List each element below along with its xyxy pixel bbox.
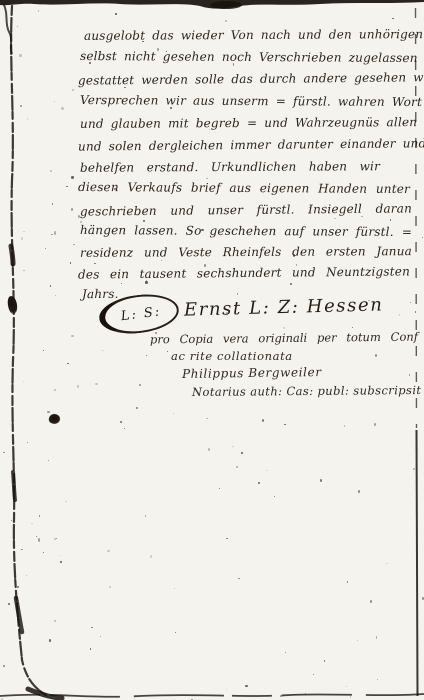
scan-noise-speck (118, 103, 119, 104)
scan-noise-speck (346, 686, 347, 687)
scan-noise-speck (77, 385, 79, 388)
scan-noise-speck (390, 219, 392, 221)
attestation-line: pro Copia vera originali per totum Conf (150, 330, 418, 347)
scan-noise-speck (361, 216, 363, 217)
scan-noise-speck (54, 620, 56, 622)
manuscript-line: Versprechen wir aus unserm = fürstl. wah… (80, 93, 412, 110)
scan-noise-speck (80, 221, 81, 222)
scan-noise-speck (31, 523, 33, 525)
scan-noise-speck (399, 314, 401, 316)
scan-noise-speck (290, 283, 292, 285)
scan-noise-speck (377, 679, 379, 680)
scan-noise-speck (344, 425, 345, 427)
scan-noise-speck (54, 231, 56, 234)
scan-noise-speck (66, 186, 68, 188)
scan-noise-speck (150, 555, 152, 558)
scan-noise-speck (36, 536, 37, 537)
scan-noise-speck (173, 413, 174, 414)
scan-noise-speck (237, 293, 238, 294)
scan-noise-speck (100, 636, 101, 637)
scan-noise-speck (206, 178, 207, 179)
scan-noise-speck (91, 627, 93, 628)
scan-noise-speck (59, 555, 60, 556)
scan-noise-speck (71, 208, 73, 211)
manuscript-line: hängen lassen. So geschehen auf unser fü… (80, 223, 412, 240)
scan-noise-speck (145, 515, 146, 516)
scan-noise-speck (201, 229, 203, 231)
scan-noise-speck (262, 419, 264, 422)
scan-noise-speck (206, 418, 207, 419)
scan-noise-speck (145, 281, 147, 284)
scan-noise-speck (17, 586, 19, 588)
scan-noise-speck (47, 411, 49, 413)
scan-noise-speck (23, 381, 24, 382)
scan-noise-speck (27, 442, 28, 443)
manuscript-line: und glauben mit begreb = und Wahrzeugnüs… (80, 115, 412, 132)
scan-noise-speck (187, 149, 188, 150)
scan-noise-speck (225, 20, 227, 22)
scan-noise-speck (386, 563, 388, 564)
manuscript-line: behelfen erstand. Urkundlichen haben wir (80, 159, 380, 176)
scan-noise-speck (347, 581, 349, 583)
scan-noise-speck (8, 603, 10, 605)
scan-noise-speck (136, 407, 138, 409)
scan-noise-speck (71, 335, 73, 337)
scan-noise-speck (236, 399, 237, 400)
scan-noise-speck (392, 18, 394, 20)
attestation-line: ac rite collationata (171, 349, 293, 363)
manuscript-line: des ein tausent sechshundert und Neuntzi… (78, 264, 410, 282)
manuscript-line: gestattet werden solle das durch andere … (78, 70, 412, 88)
scan-noise-speck (170, 107, 172, 109)
scan-noise-speck (38, 538, 40, 542)
scan-noise-speck (123, 81, 125, 82)
scan-noise-speck (124, 428, 125, 429)
scan-noise-speck (334, 218, 335, 219)
signature-ernst-lz-hessen: Ernst L: Z: Hessen (184, 294, 384, 320)
scan-noise-speck (410, 302, 411, 303)
spine-ink-blot (7, 295, 18, 314)
scan-noise-speck (121, 283, 122, 284)
scan-noise-speck (48, 460, 50, 462)
ink-blot (48, 412, 62, 425)
scan-noise-speck (61, 107, 63, 110)
scan-noise-speck (409, 374, 410, 376)
scan-noise-speck (413, 468, 414, 470)
scan-noise-speck (109, 586, 111, 589)
scan-noise-speck (305, 693, 306, 694)
scan-noise-speck (280, 695, 281, 697)
manuscript-line: und solen dergleichen immer darunter ein… (78, 136, 412, 154)
scan-noise-speck (166, 51, 167, 52)
scan-noise-speck (54, 389, 56, 391)
scan-noise-speck (60, 561, 62, 563)
scan-noise-speck (27, 118, 28, 120)
scan-noise-speck (107, 550, 109, 552)
scan-noise-speck (11, 520, 13, 521)
scan-noise-speck (284, 424, 286, 426)
notary-name: Philippus Bergweiler (182, 365, 322, 381)
scan-noise-speck (72, 89, 74, 91)
scan-noise-speck (320, 479, 322, 482)
scan-noise-speck (415, 311, 416, 312)
scan-noise-speck (358, 490, 360, 493)
scan-noise-speck (143, 220, 145, 222)
scan-noise-speck (45, 248, 47, 249)
scan-noise-speck (241, 452, 242, 453)
scan-noise-speck (175, 632, 176, 633)
scan-noise-speck (65, 501, 66, 502)
scan-noise-speck (94, 263, 95, 264)
scan-noise-speck (346, 253, 347, 254)
scan-noise-speck (12, 370, 13, 371)
seal-mark-text: L: S: (120, 304, 162, 324)
scan-noise-speck (226, 312, 227, 314)
scan-noise-speck (219, 488, 220, 489)
scan-noise-speck (283, 327, 285, 329)
scan-noise-speck (55, 295, 56, 296)
scan-noise-speck (370, 600, 372, 603)
scan-noise-speck (115, 13, 116, 15)
scan-noise-speck (90, 648, 91, 649)
scan-noise-speck (17, 26, 18, 27)
scan-noise-speck (3, 665, 5, 667)
scan-noise-speck (139, 384, 141, 385)
scan-noise-speck (226, 689, 227, 690)
scan-noise-speck (146, 355, 147, 356)
scan-noise-speck (39, 515, 40, 517)
manuscript-line: diesen Verkaufs brief aus eigenen Handen… (78, 180, 410, 197)
scan-noise-speck (43, 552, 44, 553)
scan-noise-speck (23, 231, 24, 232)
scan-noise-speck (375, 307, 376, 308)
scan-noise-speck (266, 470, 267, 471)
scan-noise-speck (102, 350, 104, 352)
scan-noise-speck (350, 696, 351, 697)
scan-noise-speck (422, 237, 423, 238)
scan-noise-speck (50, 285, 52, 287)
scan-noise-speck (3, 452, 5, 453)
scan-noise-speck (38, 10, 40, 12)
scan-noise-speck (54, 101, 56, 102)
scan-noise-speck (20, 105, 22, 107)
scan-noise-speck (375, 354, 377, 357)
scan-noise-speck (374, 423, 376, 425)
scan-noise-speck (26, 575, 27, 576)
scan-noise-speck (245, 685, 247, 688)
scan-noise-speck (21, 237, 23, 240)
scan-noise-speck (376, 636, 378, 638)
scan-noise-speck (258, 482, 260, 484)
scan-noise-speck (71, 176, 73, 178)
scan-noise-speck (21, 549, 23, 550)
scan-noise-speck (208, 448, 210, 451)
manuscript-line: ausgelobt das wieder Von nach und den un… (84, 27, 412, 44)
scan-noise-speck (352, 327, 353, 328)
manuscript-line: Jahrs. (82, 287, 119, 302)
scan-noise-speck (120, 421, 122, 422)
scan-noise-speck (23, 270, 25, 271)
manuscript-line: residenz und Veste Rheinfels den ersten … (80, 244, 412, 261)
scan-noise-speck (422, 597, 424, 599)
manuscript-line: selbst nicht gesehen noch Verschrieben z… (80, 49, 412, 66)
scan-noise-speck (174, 588, 175, 589)
scan-noise-speck (167, 351, 168, 352)
scan-noise-speck (52, 203, 54, 205)
scan-noise-speck (51, 234, 52, 236)
notary-title: Notarius auth: Cas: publ: subscripsit (192, 383, 422, 399)
scan-noise-speck (56, 538, 57, 539)
scan-noise-speck (73, 244, 74, 245)
scan-noise-speck (95, 383, 97, 385)
scan-noise-speck (50, 170, 52, 172)
scan-noise-speck (67, 363, 69, 364)
scan-noise-speck (19, 54, 21, 57)
manuscript-page: ausgelobt das wieder Von nach und den un… (0, 0, 424, 700)
scan-noise-speck (43, 350, 44, 351)
scan-noise-speck (274, 496, 275, 497)
scan-noise-speck (357, 640, 358, 641)
scan-noise-speck (236, 466, 238, 468)
scan-noise-speck (285, 652, 286, 653)
scan-noise-speck (238, 578, 239, 580)
scan-noise-speck (49, 639, 51, 641)
scan-noise-speck (313, 674, 314, 675)
scan-noise-speck (232, 446, 234, 448)
scan-noise-speck (70, 262, 71, 263)
scan-noise-speck (324, 660, 325, 661)
scan-noise-speck (226, 538, 228, 539)
